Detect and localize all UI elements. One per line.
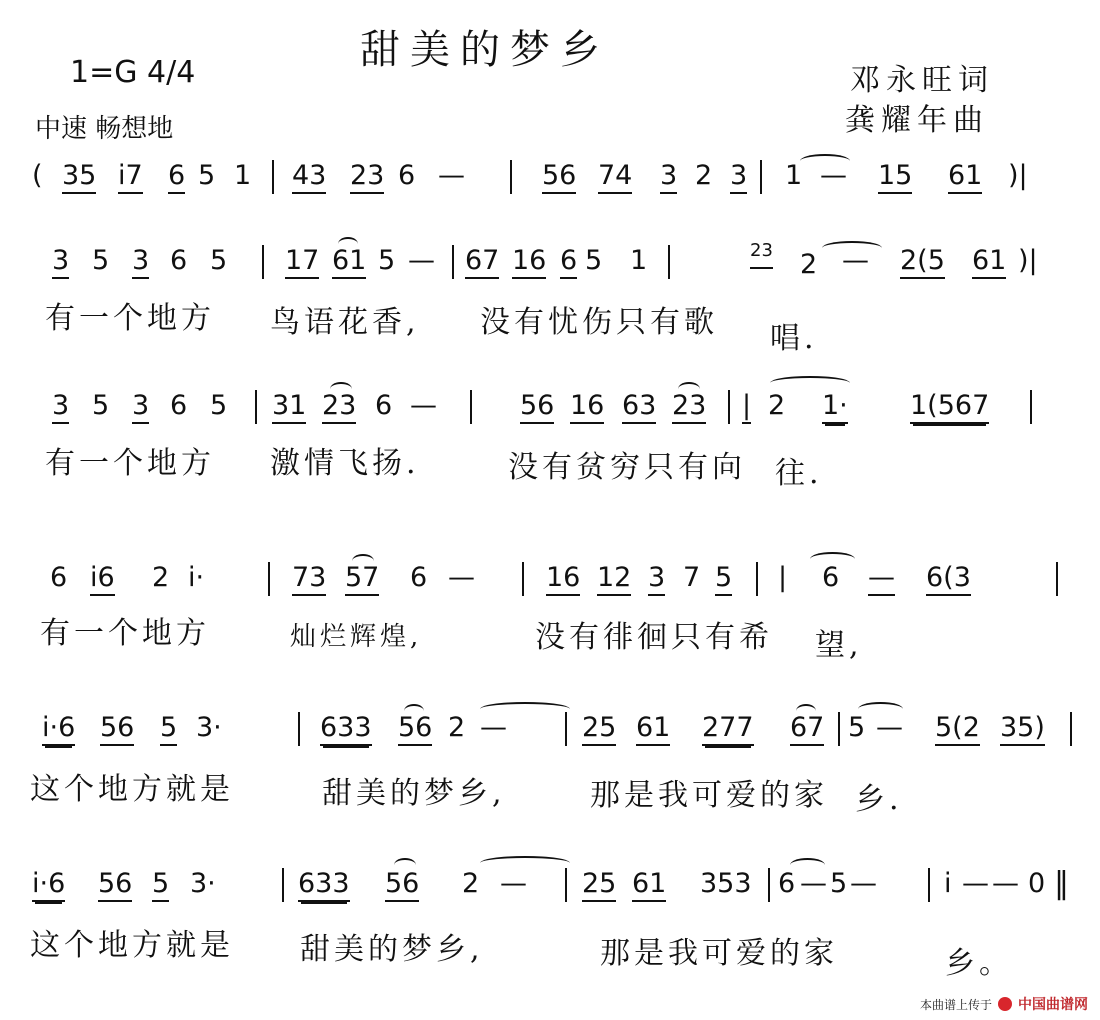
note-group: 61 bbox=[632, 868, 666, 902]
barline bbox=[510, 160, 512, 194]
note-group: 16 bbox=[546, 562, 580, 596]
note: i bbox=[944, 868, 952, 900]
note: 5 bbox=[160, 712, 177, 746]
lyric-phrase: 乡。 bbox=[945, 938, 1013, 982]
note-group: 56 bbox=[98, 868, 132, 902]
note-group: 74 bbox=[598, 160, 632, 194]
note: 3 bbox=[660, 160, 677, 194]
lyric-phrase: 没有忧伤只有歌 bbox=[480, 297, 718, 341]
note-group: 16 bbox=[512, 245, 546, 279]
note-group: 56 bbox=[520, 390, 554, 424]
note-group: 56 bbox=[385, 868, 419, 902]
extension-dash: — bbox=[842, 245, 869, 277]
extension-dash: — bbox=[992, 868, 1019, 900]
note-group: 633 bbox=[320, 712, 372, 746]
note: 1 bbox=[630, 245, 647, 277]
lyricist-credit: 邓永旺词 bbox=[850, 55, 994, 99]
lyric-phrase: 有一个地方 bbox=[45, 293, 215, 337]
note-group: 23 bbox=[672, 390, 706, 424]
note-group: i·6 bbox=[42, 712, 75, 746]
lyric-phrase: 乡. bbox=[855, 774, 903, 818]
lyric-phrase: 有一个地方 bbox=[45, 438, 215, 482]
extension-dash: — bbox=[410, 390, 437, 422]
note-group: 63 bbox=[622, 390, 656, 424]
note: 5 bbox=[848, 712, 865, 744]
barline bbox=[470, 390, 472, 424]
note: 2 bbox=[695, 160, 712, 192]
note: 6 bbox=[560, 245, 577, 279]
close-paren-barline: )| bbox=[1018, 245, 1038, 277]
note: 3· bbox=[190, 868, 216, 900]
lyric-phrase: 这个地方就是 bbox=[30, 764, 234, 808]
note-group: 67 bbox=[465, 245, 499, 279]
lyric-phrase: 没有贫穷只有向 bbox=[508, 442, 746, 486]
note: 2 bbox=[768, 390, 785, 422]
extension-dash: — bbox=[962, 868, 989, 900]
barline bbox=[1070, 712, 1072, 746]
extension-dash: — bbox=[408, 245, 435, 277]
barline bbox=[768, 868, 770, 902]
note: 3 bbox=[132, 245, 149, 279]
open-paren: ( bbox=[32, 160, 43, 192]
lyric-phrase: 那是我可爱的家 bbox=[600, 928, 838, 972]
note-group: 61 bbox=[948, 160, 982, 194]
rest: 0 bbox=[1028, 868, 1045, 900]
note-group: 353 bbox=[700, 868, 752, 900]
extension-dash: — bbox=[500, 868, 527, 900]
note-group: 2(5 bbox=[900, 245, 945, 279]
note: 2 bbox=[448, 712, 465, 744]
barline bbox=[928, 868, 930, 902]
note-group: 5(2 bbox=[935, 712, 980, 746]
lyric-phrase: 望, bbox=[815, 620, 863, 664]
site-brand-link[interactable]: 中国曲谱网 bbox=[1018, 994, 1088, 1014]
note: 3 bbox=[648, 562, 665, 596]
note: | bbox=[778, 562, 787, 594]
note-group: 277 bbox=[702, 712, 754, 746]
lyric-phrase: 灿烂辉煌, bbox=[290, 616, 422, 653]
lyric-phrase: 甜美的梦乡, bbox=[300, 924, 484, 968]
close-paren-barline: )| bbox=[1008, 160, 1028, 192]
key-time-signature: 1=G 4/4 bbox=[70, 55, 195, 90]
lyric-phrase: 往. bbox=[775, 448, 823, 492]
note-group: 633 bbox=[298, 868, 350, 902]
barline bbox=[282, 868, 284, 902]
note: 5 bbox=[210, 245, 227, 277]
extension-dash: — bbox=[448, 562, 475, 594]
barline bbox=[838, 712, 840, 746]
note: 5 bbox=[830, 868, 847, 900]
note: 3 bbox=[52, 245, 69, 279]
note-group: 12 bbox=[597, 562, 631, 596]
note-group: 25 bbox=[582, 712, 616, 746]
note-group: 56 bbox=[542, 160, 576, 194]
upload-text: 本曲谱上传于 bbox=[920, 996, 992, 1013]
lyric-phrase: 激情飞扬. bbox=[270, 438, 420, 482]
extension-dash: — bbox=[850, 868, 877, 900]
note-group: 73 bbox=[292, 562, 326, 596]
note-group: 6(3 bbox=[926, 562, 971, 596]
note: 5 bbox=[152, 868, 169, 902]
barline bbox=[565, 712, 567, 746]
tie-slur bbox=[770, 376, 850, 390]
note: 2 bbox=[800, 249, 817, 281]
note: 6 bbox=[168, 160, 185, 194]
note: i· bbox=[188, 562, 204, 594]
lyric-phrase: 那是我可爱的家 bbox=[590, 770, 828, 814]
note: 6 bbox=[778, 868, 795, 900]
barline bbox=[268, 562, 270, 596]
barline bbox=[760, 160, 762, 194]
note-group: 35 bbox=[62, 160, 96, 194]
note: 2 bbox=[462, 868, 479, 900]
lyric-phrase: 鸟语花香, bbox=[270, 297, 420, 341]
note-group: 31 bbox=[272, 390, 306, 424]
note: 3 bbox=[730, 160, 747, 194]
note-group: 56 bbox=[398, 712, 432, 746]
note-group: 57 bbox=[345, 562, 379, 596]
note-group: 67 bbox=[790, 712, 824, 746]
note: 5 bbox=[715, 562, 732, 596]
note-group: — bbox=[868, 562, 895, 596]
note-group: 61 bbox=[972, 245, 1006, 279]
note: 6 bbox=[410, 562, 427, 594]
note-group: 23 bbox=[322, 390, 356, 424]
song-title: 甜美的梦乡 bbox=[360, 18, 610, 75]
note: 3 bbox=[132, 390, 149, 424]
note: 6 bbox=[170, 390, 187, 422]
lyric-phrase: 唱. bbox=[770, 313, 818, 357]
note: 5 bbox=[92, 390, 109, 422]
note-group: 17 bbox=[285, 245, 319, 279]
note-group: 1· bbox=[822, 390, 848, 424]
note: 5 bbox=[378, 245, 395, 277]
extension-dash: 6 bbox=[822, 562, 839, 594]
extension-dash: — bbox=[800, 868, 827, 900]
barline bbox=[565, 868, 567, 902]
grace-notes: 23 bbox=[750, 235, 773, 269]
note: 2 bbox=[152, 562, 169, 594]
note: 5 bbox=[92, 245, 109, 277]
note-group: 25 bbox=[582, 868, 616, 902]
barline bbox=[255, 390, 257, 424]
extension-dash: — bbox=[876, 712, 903, 744]
note: 5 bbox=[210, 390, 227, 422]
barline bbox=[272, 160, 274, 194]
note-group: 1(567 bbox=[910, 390, 989, 424]
note: 6 bbox=[398, 160, 415, 192]
note-group: 56 bbox=[100, 712, 134, 746]
lyric-phrase: 有一个地方 bbox=[40, 608, 210, 652]
barline bbox=[452, 245, 454, 279]
note: 6 bbox=[50, 562, 67, 594]
note-group: 43 bbox=[292, 160, 326, 194]
barline bbox=[298, 712, 300, 746]
note: 6 bbox=[375, 390, 392, 422]
note-group: i7 bbox=[118, 160, 143, 194]
barline bbox=[728, 390, 730, 424]
note-group: i6 bbox=[90, 562, 115, 596]
note: 3· bbox=[196, 712, 222, 744]
barline bbox=[262, 245, 264, 279]
upload-watermark: 本曲谱上传于 中国曲谱网 bbox=[920, 994, 1088, 1014]
note: 1 bbox=[234, 160, 251, 192]
note-group: 15 bbox=[878, 160, 912, 194]
tempo-marking: 中速 畅想地 bbox=[35, 108, 173, 145]
note: 5 bbox=[585, 245, 602, 277]
lyric-phrase: 这个地方就是 bbox=[30, 920, 234, 964]
barline bbox=[1056, 562, 1058, 596]
note: 5 bbox=[198, 160, 215, 192]
lyric-phrase: 没有徘徊只有希 bbox=[535, 612, 773, 656]
note: 3 bbox=[52, 390, 69, 424]
extension-dash: — bbox=[820, 160, 847, 192]
extension-dash: — bbox=[480, 712, 507, 744]
lyric-phrase: 甜美的梦乡, bbox=[322, 768, 506, 812]
barline bbox=[756, 562, 758, 596]
note-group: 61 bbox=[636, 712, 670, 746]
barline bbox=[1030, 390, 1032, 424]
note-group: 23 bbox=[350, 160, 384, 194]
extension-dash: — bbox=[438, 160, 465, 192]
note: | bbox=[742, 390, 751, 424]
barline bbox=[668, 245, 670, 279]
site-logo-icon bbox=[998, 997, 1012, 1011]
final-barline: ‖ bbox=[1054, 868, 1069, 900]
note-group: 16 bbox=[570, 390, 604, 424]
note-group: 35) bbox=[1000, 712, 1045, 746]
note-group: 61 bbox=[332, 245, 366, 279]
note-group: i·6 bbox=[32, 868, 65, 902]
barline bbox=[522, 562, 524, 596]
composer-credit: 龚耀年曲 bbox=[845, 95, 989, 139]
note: 7 bbox=[683, 562, 700, 594]
note: 6 bbox=[170, 245, 187, 277]
